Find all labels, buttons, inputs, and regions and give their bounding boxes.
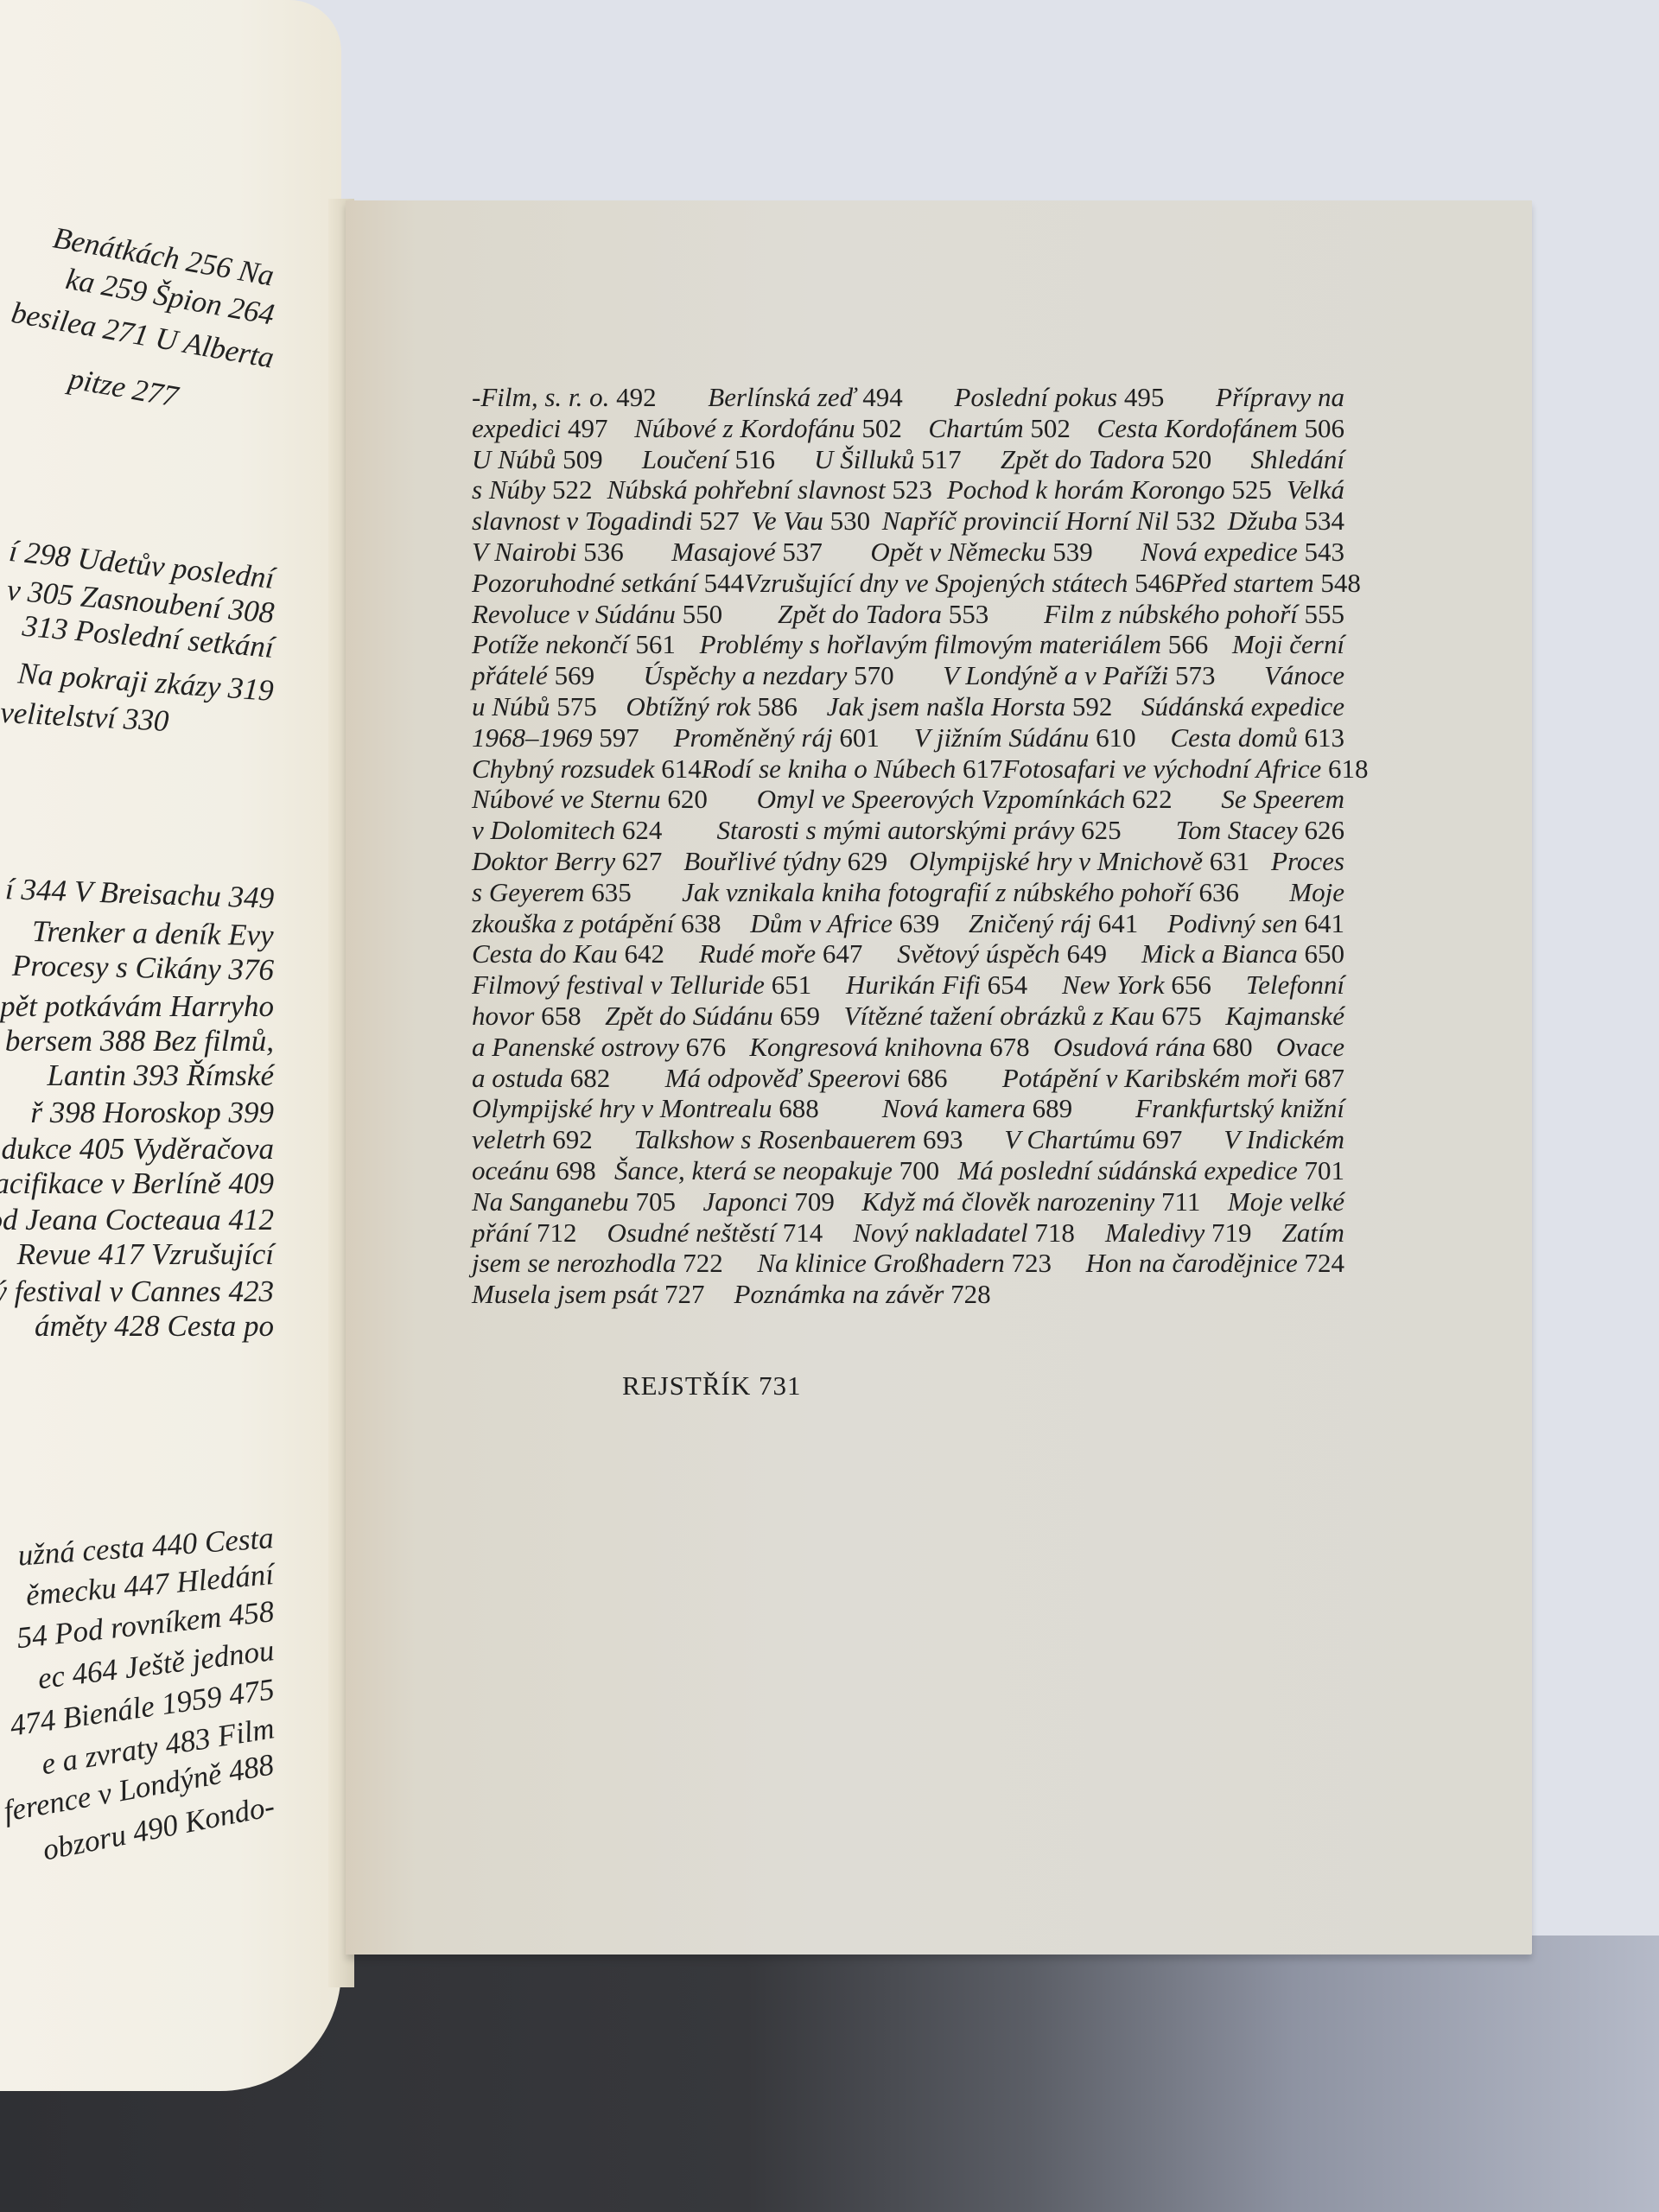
toc-entry: a Panenské ostrovy 676	[472, 1032, 726, 1063]
toc-entry-page: 636	[1199, 877, 1240, 907]
toc-entry-title: veletrh	[472, 1124, 546, 1154]
toc-entry-page: 687	[1305, 1063, 1345, 1093]
toc-entry-page: 569	[555, 660, 595, 690]
left-page-line: dukce 405 Vyděračova	[1, 1132, 274, 1166]
toc-entry-title: Súdánská expedice	[1141, 691, 1344, 721]
left-page-line: í 344 V Breisachu 349	[4, 872, 274, 916]
toc-entry: Moje	[1289, 877, 1344, 908]
toc-entry: Vítězné tažení obrázků z Kau 675	[844, 1001, 1202, 1032]
left-page-line: Revue 417 Vzrušující	[17, 1237, 274, 1272]
toc-entry: Nová kamera 689	[882, 1093, 1072, 1124]
toc-entry-title: Problémy s hořlavým filmovým materiálem	[700, 629, 1161, 659]
toc-entry: New York 656	[1062, 969, 1211, 1001]
toc-entry: Zpět do Súdánu 659	[605, 1001, 820, 1032]
toc-entry-title: Vzrušující dny ve Spojených státech	[744, 568, 1128, 598]
toc-entry: Jak vznikala kniha fotografií z núbského…	[682, 877, 1239, 908]
left-page-line: Opět potkávám Harryho	[0, 989, 274, 1024]
toc-entry-title: Světový úspěch	[897, 938, 1059, 969]
toc-entry-page: 705	[635, 1186, 676, 1217]
toc-entry: Džuba 534	[1228, 505, 1344, 537]
toc-entry: Rudé moře 647	[699, 938, 862, 969]
toc-entry-title: s Geyerem	[472, 877, 585, 907]
toc-entry-page: 622	[1132, 784, 1173, 814]
toc-entry-page: 689	[1033, 1093, 1073, 1123]
toc-entry: Pochod k horám Korongo 525	[947, 474, 1272, 505]
toc-entry-title: V Nairobi	[472, 537, 576, 567]
toc-entry-title: Ve Vau	[751, 505, 823, 536]
toc-entry-title: Film z núbského pohoří	[1044, 599, 1298, 629]
toc-entry: Chartúm 502	[928, 413, 1071, 444]
toc-entry-title: a ostuda	[472, 1063, 563, 1093]
toc-entry: Maledivy 719	[1105, 1217, 1252, 1249]
toc-entry: Omyl ve Speerových Vzpomínkách 622	[757, 784, 1173, 815]
toc-line: Pozoruhodné setkání 544Vzrušující dny ve…	[472, 568, 1344, 599]
toc-entry-title: expedici	[472, 413, 561, 443]
toc-entry: Se Speerem	[1221, 784, 1344, 815]
toc-entry-page: 566	[1168, 629, 1209, 659]
toc-entry-page: 613	[1305, 722, 1345, 753]
toc-entry: V jižním Súdánu 610	[914, 722, 1136, 753]
toc-entry-title: Berlínská zeď	[708, 382, 855, 412]
toc-line: Doktor Berry 627Bouřlivé týdny 629Olympi…	[472, 846, 1344, 877]
toc-entry-title: oceánu	[472, 1155, 550, 1185]
toc-entry-title: a Panenské ostrovy	[472, 1032, 679, 1062]
toc-entry-title: Mick a Bianca	[1141, 938, 1298, 969]
toc-entry: Zatím	[1282, 1217, 1344, 1249]
toc-entry-page: 675	[1161, 1001, 1202, 1031]
toc-entry-page: 543	[1304, 537, 1344, 567]
toc-line: zkouška z potápění 638Dům v Africe 639Zn…	[472, 908, 1344, 939]
toc-entry-page: 575	[556, 691, 597, 721]
toc-entry-page: 712	[537, 1217, 577, 1248]
toc-entry-title: Má odpověď Speerovi	[665, 1063, 901, 1093]
toc-entry: Proměněný ráj 601	[674, 722, 880, 753]
toc-entry-title: Džuba	[1228, 505, 1298, 536]
toc-entry: hovor 658	[472, 1001, 582, 1032]
toc-entry-page: 686	[907, 1063, 948, 1093]
toc-entry: Problémy s hořlavým filmovým materiálem …	[700, 629, 1209, 660]
toc-entry: Napříč provincií Horní Nil 532	[882, 505, 1216, 537]
toc-entry-title: V Londýně a v Paříži	[943, 660, 1168, 690]
toc-entry: V Indickém	[1224, 1124, 1344, 1155]
toc-entry-page: 647	[823, 938, 863, 969]
toc-entry-title: Masajové	[671, 537, 776, 567]
toc-entry-page: 525	[1231, 474, 1272, 505]
toc-entry-page: 516	[734, 444, 775, 474]
toc-entry-title: Cesta Kordofánem	[1097, 413, 1298, 443]
toc-entry: Tom Stacey 626	[1176, 815, 1344, 846]
toc-entry-title: Maledivy	[1105, 1217, 1205, 1248]
toc-line: U Núbů 509Loučení 516U Šilluků 517Zpět d…	[472, 444, 1344, 475]
toc-entry: Shledání	[1250, 444, 1344, 475]
toc-entry: Moje velké	[1228, 1186, 1344, 1217]
toc-entry-title: Potápění v Karibském moři	[1002, 1063, 1298, 1093]
toc-entry-title: Obtížný rok	[626, 691, 750, 721]
toc-entry: Má poslední súdánská expedice 701	[957, 1155, 1344, 1186]
toc-entry: Na Sanganebu 705	[472, 1186, 676, 1217]
toc-entry-title: Kajmanské	[1225, 1001, 1344, 1031]
toc-entry: Starosti s mými autorskými právy 625	[717, 815, 1122, 846]
toc-entry-title: Hurikán Fifi	[846, 969, 981, 1000]
toc-line: 1968–1969 597Proměněný ráj 601V jižním S…	[472, 722, 1344, 753]
toc-entry-title: Moje velké	[1228, 1186, 1344, 1217]
toc-entry-title: Jak vznikala kniha fotografií z núbského…	[682, 877, 1192, 907]
toc-entry: slavnost v Togadindi 527	[472, 505, 740, 537]
toc-entry: Potápění v Karibském moři 687	[1002, 1063, 1344, 1094]
left-page-line: Lantin 393 Římské	[48, 1058, 274, 1093]
toc-entry: expedici 497	[472, 413, 608, 444]
left-page-line: ý festival v Cannes 423	[0, 1274, 274, 1309]
toc-entry-page: 548	[1320, 568, 1361, 598]
toc-entry-page: 714	[783, 1217, 823, 1248]
toc-entry: u Núbů 575	[472, 691, 597, 722]
index-entry: REJSTŘÍK 731	[622, 1370, 802, 1402]
toc-entry: Potíže nekončí 561	[472, 629, 676, 660]
toc-entry-page: 676	[686, 1032, 727, 1062]
toc-entry-title: -Film, s. r. o.	[472, 382, 609, 412]
toc-entry-title: Telefonní	[1246, 969, 1344, 1000]
toc-entry-page: 658	[541, 1001, 582, 1031]
toc-entry-title: Podivný sen	[1167, 908, 1298, 938]
toc-entry-title: slavnost v Togadindi	[472, 505, 693, 536]
toc-entry-page: 610	[1096, 722, 1136, 753]
toc-line: a Panenské ostrovy 676Kongresová knihovn…	[472, 1032, 1344, 1063]
toc-entry: Moji černí	[1232, 629, 1344, 660]
toc-entry-title: Má poslední súdánská expedice	[957, 1155, 1297, 1185]
toc-entry-title: U Šilluků	[814, 444, 914, 474]
toc-entry-page: 617	[963, 753, 1003, 784]
toc-entry-page: 624	[622, 815, 663, 845]
toc-entry: Núbská pohřební slavnost 523	[607, 474, 932, 505]
toc-entry-title: u Núbů	[472, 691, 550, 721]
toc-entry: Olympijské hry v Mnichově 631	[909, 846, 1249, 877]
toc-entry: Núbové z Kordofánu 502	[634, 413, 902, 444]
left-page-line: od Jeana Cocteaua 412	[0, 1203, 274, 1237]
toc-entry-title: Cesta domů	[1171, 722, 1298, 753]
left-page-line: velitelství 330	[0, 696, 169, 739]
toc-entry-page: 723	[1012, 1248, 1052, 1278]
toc-entry-page: 711	[1161, 1186, 1200, 1217]
toc-entry: Na klinice Großhadern 723	[757, 1248, 1052, 1279]
toc-entry-title: Rodí se kniha o Núbech	[702, 753, 956, 784]
toc-entry: Přípravy na	[1216, 382, 1344, 413]
toc-entry: Ve Vau 530	[751, 505, 870, 537]
toc-line: slavnost v Togadindi 527Ve Vau 530Napříč…	[472, 505, 1344, 537]
toc-entry-page: 649	[1067, 938, 1108, 969]
toc-entry-page: 592	[1072, 691, 1113, 721]
toc-entry: V Londýně a v Paříži 573	[943, 660, 1215, 691]
toc-entry-title: Osudová rána	[1053, 1032, 1206, 1062]
toc-entry: Revoluce v Súdánu 550	[472, 599, 722, 630]
toc-entry-page: 678	[989, 1032, 1030, 1062]
toc-entry-title: V jižním Súdánu	[914, 722, 1090, 753]
toc-entry: s Geyerem 635	[472, 877, 632, 908]
toc-entry: Bouřlivé týdny 629	[683, 846, 887, 877]
right-page: -Film, s. r. o. 492Berlínská zeď 494Posl…	[346, 200, 1532, 1955]
toc-entry-page: 550	[683, 599, 723, 629]
toc-entry-title: Zpět do Tadora	[1001, 444, 1165, 474]
toc-line: a ostuda 682Má odpověď Speerovi 686Potáp…	[472, 1063, 1344, 1094]
toc-entry-title: jsem se nerozhodla	[472, 1248, 677, 1278]
toc-entry-title: Na Sanganebu	[472, 1186, 629, 1217]
toc-entry-page: 728	[950, 1279, 991, 1309]
toc-entry-title: Ovace	[1276, 1032, 1344, 1062]
toc-entry: Olympijské hry v Montrealu 688	[472, 1093, 819, 1124]
toc-entry: U Núbů 509	[472, 444, 603, 475]
toc-entry-title: Revoluce v Súdánu	[472, 599, 676, 629]
toc-entry-title: V Chartúmu	[1004, 1124, 1135, 1154]
toc-entry: Jak jsem našla Horsta 592	[827, 691, 1113, 722]
toc-entry: Núbové ve Sternu 620	[472, 784, 708, 815]
toc-entry-page: 656	[1171, 969, 1211, 1000]
toc-entry: Telefonní	[1246, 969, 1344, 1001]
toc-entry-page: 659	[779, 1001, 820, 1031]
toc-line: expedici 497Núbové z Kordofánu 502Chartú…	[472, 413, 1344, 444]
left-page-line: acifikace v Berlíně 409	[0, 1166, 274, 1201]
toc-entry-page: 586	[757, 691, 798, 721]
toc-entry: V Chartúmu 697	[1004, 1124, 1182, 1155]
toc-line: přátelé 569Úspěchy a nezdary 570V Londýn…	[472, 660, 1344, 691]
toc-entry: Dům v Africe 639	[750, 908, 939, 939]
toc-entry: Poznámka na závěr 728	[734, 1279, 991, 1310]
left-page-line: áměty 428 Cesta po	[35, 1309, 274, 1344]
toc-entry-title: Osudné neštěstí	[607, 1217, 776, 1248]
left-page-line: Procesy s Cikány 376	[12, 949, 275, 988]
toc-entry: Obtížný rok 586	[626, 691, 798, 722]
toc-entry-title: přátelé	[472, 660, 548, 690]
toc-line: V Nairobi 536Masajové 537Opět v Německu …	[472, 537, 1344, 568]
toc-entry: Doktor Berry 627	[472, 846, 662, 877]
toc-entry-page: 642	[625, 938, 665, 969]
toc-entry-title: Chartúm	[928, 413, 1023, 443]
toc-entry-page: 724	[1305, 1248, 1345, 1278]
left-page-line: pitze 277	[66, 361, 180, 415]
toc-entry-title: Dům v Africe	[750, 908, 893, 938]
toc-entry-title: Filmový festival v Telluride	[472, 969, 765, 1000]
toc-entry-title: Fotosafari ve východní Africe	[1002, 753, 1321, 784]
toc-entry: Ovace	[1276, 1032, 1344, 1063]
toc-entry-page: 537	[782, 537, 823, 567]
toc-line: oceánu 698Šance, která se neopakuje 700M…	[472, 1155, 1344, 1186]
toc-line: přání 712Osudné neštěstí 714Nový naklada…	[472, 1217, 1344, 1249]
toc-entry-title: Omyl ve Speerových Vzpomínkách	[757, 784, 1126, 814]
toc-entry: Talkshow s Rosenbauerem 693	[634, 1124, 963, 1155]
toc-entry-title: 1968–1969	[472, 722, 593, 753]
toc-entry: a ostuda 682	[472, 1063, 610, 1094]
toc-entry-page: 534	[1305, 505, 1345, 536]
toc-entry: Cesta do Kau 642	[472, 938, 664, 969]
toc-entry-page: 614	[661, 753, 702, 784]
toc-entry-page: 573	[1175, 660, 1216, 690]
toc-entry-page: 555	[1305, 599, 1345, 629]
toc-entry-page: 635	[591, 877, 632, 907]
toc-entry-title: Potíže nekončí	[472, 629, 629, 659]
toc-entry-title: Bouřlivé týdny	[683, 846, 841, 876]
toc-entry-title: Pochod k horám Korongo	[947, 474, 1225, 505]
toc-entry: Vánoce	[1264, 660, 1344, 691]
toc-entry-title: Zatím	[1282, 1217, 1344, 1248]
toc-line: -Film, s. r. o. 492Berlínská zeď 494Posl…	[472, 382, 1344, 413]
toc-line: Núbové ve Sternu 620Omyl ve Speerových V…	[472, 784, 1344, 815]
toc-entry: zkouška z potápění 638	[472, 908, 721, 939]
toc-line: Potíže nekončí 561Problémy s hořlavým fi…	[472, 629, 1344, 660]
toc-entry-title: Doktor Berry	[472, 846, 615, 876]
toc-entry: Mick a Bianca 650	[1141, 938, 1344, 969]
toc-entry-page: 520	[1172, 444, 1212, 474]
toc-entry-page: 626	[1304, 815, 1344, 845]
toc-entry-page: 495	[1124, 382, 1165, 412]
toc-entry: Velká	[1287, 474, 1344, 505]
toc-entry-title: Velká	[1287, 474, 1344, 505]
toc-entry-title: Když má člověk narozeniny	[861, 1186, 1154, 1217]
toc-entry: Opět v Německu 539	[870, 537, 1092, 568]
toc-entry-title: Zničený ráj	[969, 908, 1091, 938]
toc-entry-title: Kongresová knihovna	[749, 1032, 982, 1062]
toc-entry: 1968–1969 597	[472, 722, 639, 753]
toc-line: s Núby 522Núbská pohřební slavnost 523Po…	[472, 474, 1344, 505]
toc-entry-page: 530	[830, 505, 871, 536]
toc-entry: Cesta domů 613	[1171, 722, 1345, 753]
toc-line: Na Sanganebu 705Japonci 709Když má člově…	[472, 1186, 1344, 1217]
toc-entry-title: Pozoruhodné setkání	[472, 568, 697, 598]
toc-entry-title: Chybný rozsudek	[472, 753, 655, 784]
toc-entry-page: 701	[1304, 1155, 1344, 1185]
toc-entry: V Nairobi 536	[472, 537, 624, 568]
toc-entry-page: 697	[1142, 1124, 1183, 1154]
toc-entry: Kongresová knihovna 678	[749, 1032, 1029, 1063]
toc-entry: U Šilluků 517	[814, 444, 962, 475]
toc-line: Olympijské hry v Montrealu 688Nová kamer…	[472, 1093, 1344, 1124]
toc-entry-title: Na klinice Großhadern	[757, 1248, 1004, 1278]
toc-entry: Musela jsem psát 727	[472, 1279, 705, 1310]
toc-entry-title: Moje	[1289, 877, 1344, 907]
toc-entry-title: U Núbů	[472, 444, 556, 474]
toc-entry-title: Loučení	[642, 444, 728, 474]
toc-entry-page: 527	[699, 505, 740, 536]
toc-entry-page: 682	[570, 1063, 611, 1093]
toc-entry-page: 629	[848, 846, 888, 876]
toc-entry-page: 492	[616, 382, 657, 412]
toc-entry-title: přání	[472, 1217, 530, 1248]
toc-entry-page: 523	[892, 474, 932, 505]
toc-entry-page: 539	[1052, 537, 1093, 567]
toc-entry: veletrh 692	[472, 1124, 593, 1155]
toc-entry-title: Núbové ve Sternu	[472, 784, 661, 814]
toc-entry-page: 688	[779, 1093, 819, 1123]
toc-entry: Vzrušující dny ve Spojených státech 546	[744, 568, 1174, 599]
toc-entry-page: 601	[839, 722, 880, 753]
toc-entry: s Núby 522	[472, 474, 593, 505]
toc-entry-page: 553	[949, 599, 989, 629]
toc-entry-page: 700	[899, 1155, 940, 1185]
toc-entry: přátelé 569	[472, 660, 594, 691]
toc-entry: Má odpověď Speerovi 686	[665, 1063, 948, 1094]
toc-entry-title: Poslední pokus	[955, 382, 1118, 412]
toc-entry-title: Proces	[1271, 846, 1344, 876]
toc-entry-title: Frankfurtský knižní	[1135, 1093, 1344, 1123]
toc-entry: -Film, s. r. o. 492	[472, 382, 657, 413]
toc-entry: Šance, která se neopakuje 700	[614, 1155, 939, 1186]
toc-entry: v Dolomitech 624	[472, 815, 662, 846]
toc-entry-page: 631	[1210, 846, 1250, 876]
toc-entry-title: Proměněný ráj	[674, 722, 833, 753]
toc-entry-page: 650	[1304, 938, 1344, 969]
toc-entry: Rodí se kniha o Núbech 617	[702, 753, 1003, 785]
toc-entry: Kajmanské	[1225, 1001, 1344, 1032]
toc-entry-title: Napříč provincií Horní Nil	[882, 505, 1169, 536]
toc-entry: Nový nakladatel 718	[853, 1217, 1075, 1249]
toc-entry-page: 502	[1030, 413, 1071, 443]
toc-entry-page: 651	[772, 969, 812, 1000]
toc-entry: Úspěchy a nezdary 570	[644, 660, 894, 691]
toc-line: Chybný rozsudek 614Rodí se kniha o Núbec…	[472, 753, 1344, 785]
toc-entry-page: 494	[862, 382, 903, 412]
toc-entry: Zpět do Tadora 553	[778, 599, 988, 630]
toc-entry-title: Núbové z Kordofánu	[634, 413, 855, 443]
toc-entry-title: Tom Stacey	[1176, 815, 1298, 845]
toc-entry-page: 641	[1098, 908, 1139, 938]
toc-entry: Cesta Kordofánem 506	[1097, 413, 1344, 444]
toc-entry: Proces	[1271, 846, 1344, 877]
toc-line: s Geyerem 635Jak vznikala kniha fotograf…	[472, 877, 1344, 908]
toc-entry: Film z núbského pohoří 555	[1044, 599, 1344, 630]
toc-entry-title: Nový nakladatel	[853, 1217, 1027, 1248]
toc-entry-page: 546	[1135, 568, 1175, 598]
toc-entry-title: v Dolomitech	[472, 815, 615, 845]
left-page-line: Trenker a deník Evy	[32, 914, 274, 953]
toc-entry-page: 654	[988, 969, 1028, 1000]
toc-entry-title: Olympijské hry v Mnichově	[909, 846, 1203, 876]
toc-entry-title: Vítězné tažení obrázků z Kau	[844, 1001, 1155, 1031]
toc-entry-page: 597	[599, 722, 639, 753]
toc-entry-title: Nová expedice	[1141, 537, 1298, 567]
toc-entry: Nová expedice 543	[1141, 537, 1344, 568]
toc-entry-title: Talkshow s Rosenbauerem	[634, 1124, 917, 1154]
toc-entry: Berlínská zeď 494	[708, 382, 903, 413]
toc-entry-page: 639	[899, 908, 940, 938]
toc-entry-title: Zpět do Súdánu	[605, 1001, 773, 1031]
left-page-line: ř 398 Horoskop 399	[30, 1096, 274, 1130]
toc-entry-page: 680	[1212, 1032, 1253, 1062]
toc-entry-title: Opět v Německu	[870, 537, 1046, 567]
toc-entry-title: Před startem	[1175, 568, 1314, 598]
toc-entry-title: Poznámka na závěr	[734, 1279, 944, 1309]
toc-entry-page: 727	[664, 1279, 705, 1309]
toc-entry-page: 638	[681, 908, 721, 938]
toc-entry-page: 641	[1304, 908, 1344, 938]
toc-entry-page: 502	[861, 413, 902, 443]
toc-entry: Poslední pokus 495	[955, 382, 1165, 413]
toc-entry: Osudné neštěstí 714	[607, 1217, 823, 1249]
toc-entry: Fotosafari ve východní Africe 618	[1002, 753, 1368, 785]
toc-entry-title: s Núby	[472, 474, 545, 505]
toc-entry-page: 497	[568, 413, 608, 443]
toc-entry-title: Přípravy na	[1216, 382, 1344, 412]
toc-entry-page: 509	[563, 444, 603, 474]
toc-entry-page: 522	[552, 474, 593, 505]
toc-entry-page: 709	[794, 1186, 835, 1217]
toc-entry-page: 692	[552, 1124, 593, 1154]
toc-entry: Filmový festival v Telluride 651	[472, 969, 811, 1001]
toc-entry-title: Jak jsem našla Horsta	[827, 691, 1065, 721]
toc-entry-title: Musela jsem psát	[472, 1279, 658, 1309]
toc-entry-title: Moji černí	[1232, 629, 1344, 659]
toc-entry-title: Starosti s mými autorskými právy	[717, 815, 1075, 845]
toc-entry-title: zkouška z potápění	[472, 908, 674, 938]
toc-line: jsem se nerozhodla 722Na klinice Großhad…	[472, 1248, 1344, 1279]
toc-entry-title: Rudé moře	[699, 938, 816, 969]
toc-entry-page: 532	[1176, 505, 1217, 536]
